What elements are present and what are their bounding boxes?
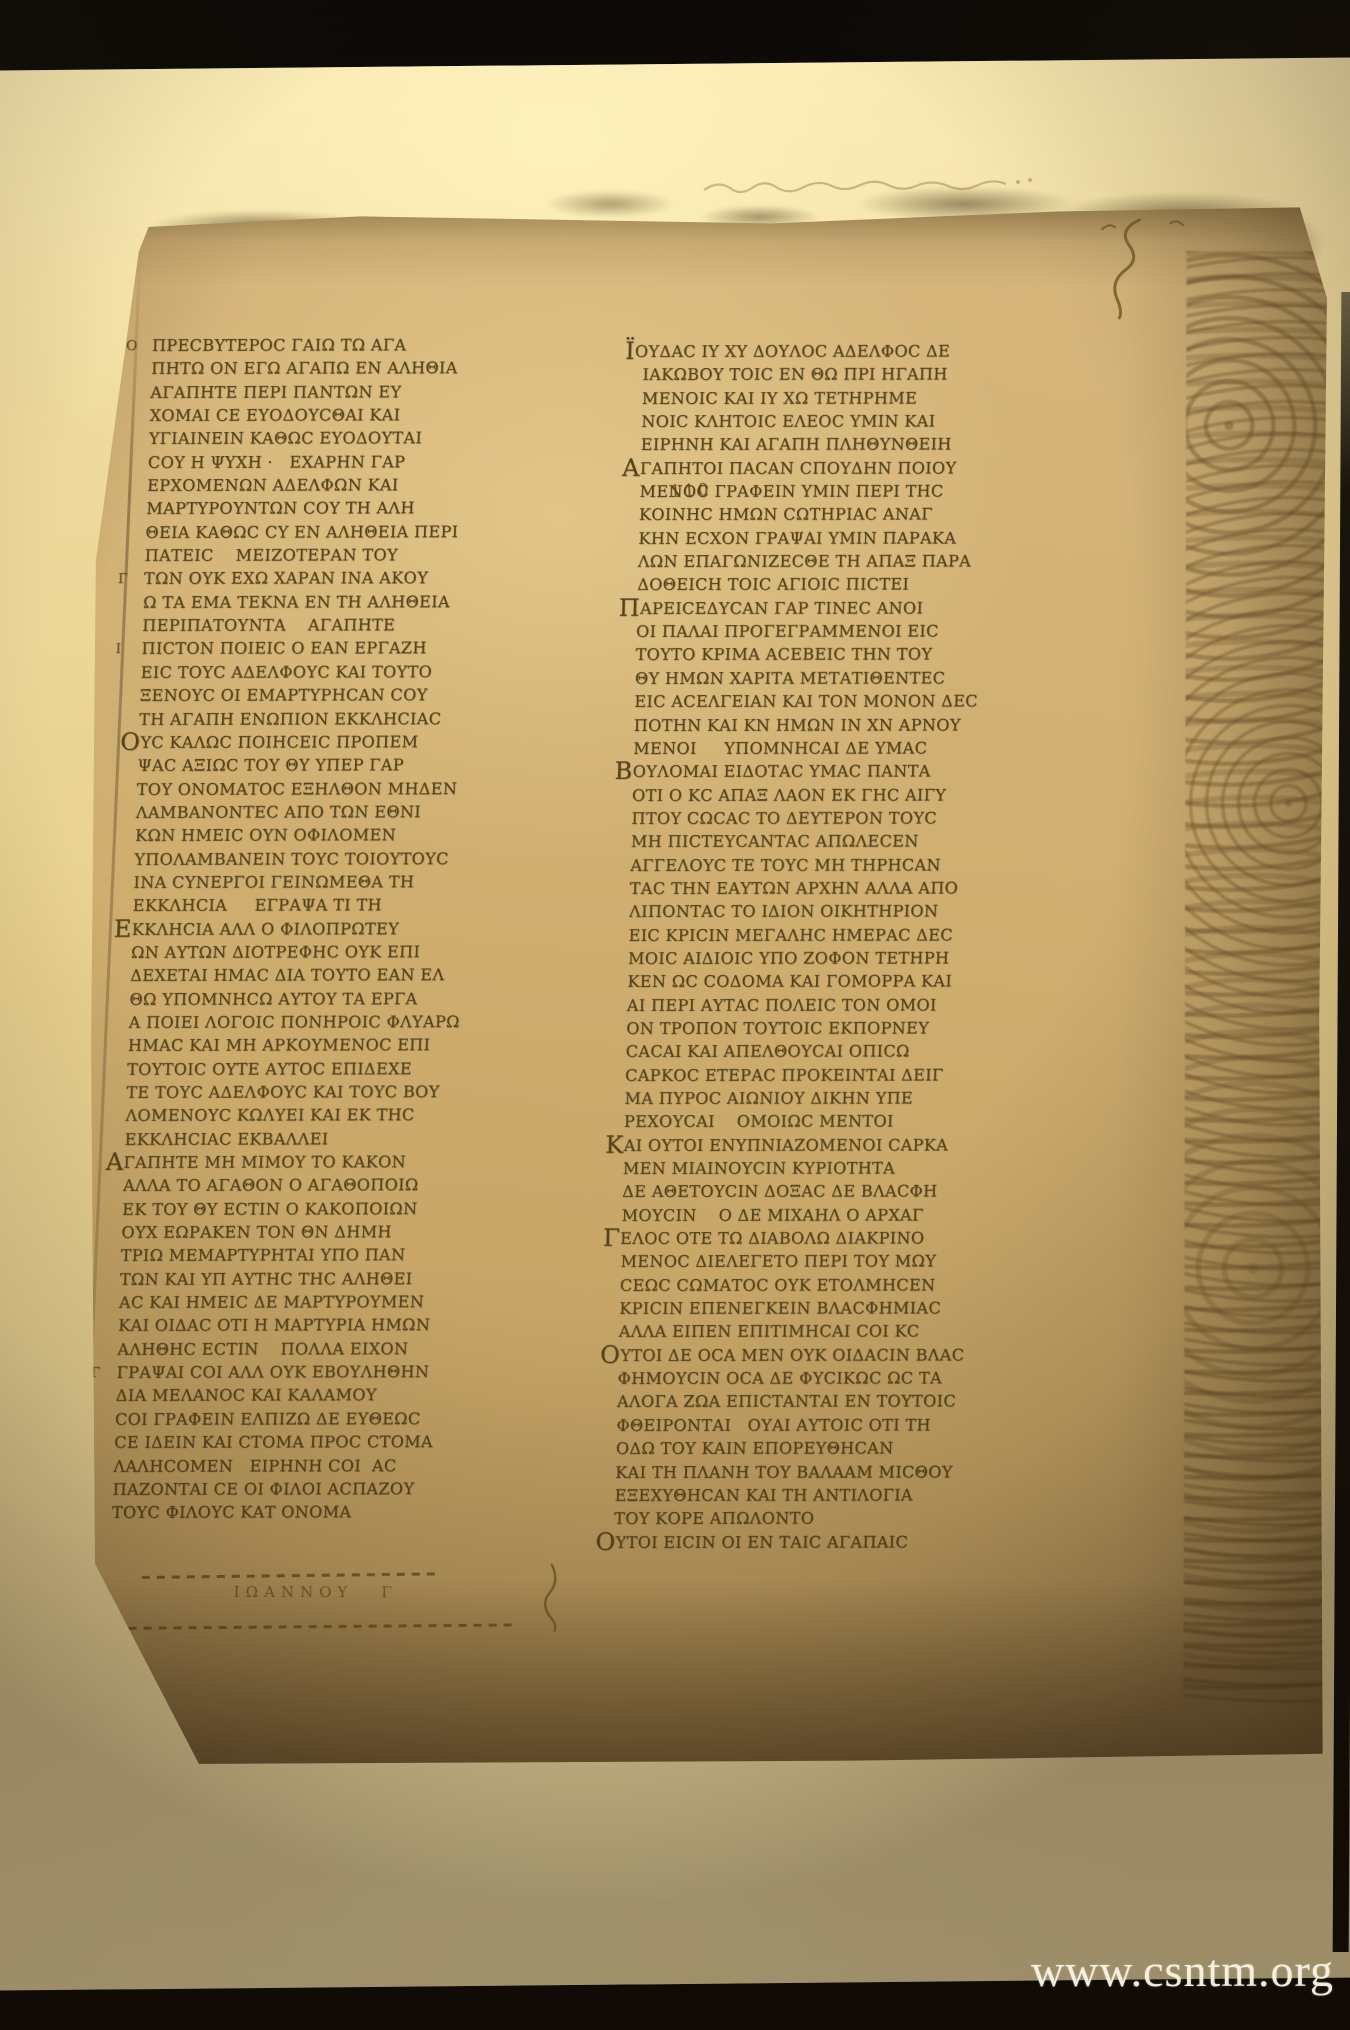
enlarged-initial: Ε <box>114 919 133 937</box>
manuscript-line: ΑΛΛΑ ΕΙΠΕΝ ΕΠΙΤΙΜΗCΑΙ CΟΙ ΚC <box>618 1320 1069 1344</box>
manuscript-line: ΤΟΥΤΟ ΚΡΙΜΑ ΑCΕΒΕΙC ΤΗΝ ΤΟΥ <box>635 643 1086 667</box>
manuscript-line: ΘΩ ΥΠΟΜΝΗCΩ ΑΥΤΟΥ ΤΑ ΕΡΓΑ <box>129 986 540 1010</box>
enlarged-initial: Κ <box>605 1136 624 1154</box>
manuscript-line: ΑΓΓΕΛΟΥC ΤΕ ΤΟΥC ΜΗ ΤΗΡΗCΑΝ <box>630 853 1081 877</box>
manuscript-line: ΠΑΡΕΙCΕΔΥCΑΝ ΓΑΡ ΤΙΝΕC ΑΝΟΙ <box>636 596 1087 620</box>
manuscript-line: ΔΟΘΕΙCΗ ΤΟΙC ΑΓΙΟΙC ΠΙCΤΕΙ <box>637 573 1088 597</box>
manuscript-line: ΑΓΑΠΗΤΕ ΠΕΡΙ ΠΑΝΤΩΝ ΕΥ <box>150 380 561 404</box>
manuscript-line: ΚΕΝ ΩC CΟΔΟΜΑ ΚΑΙ ΓΟΜΟΡΡΑ ΚΑΙ <box>627 969 1078 993</box>
manuscript-line: ΕΚ ΤΟΥ ΘΥ ΕCΤΙΝ Ο ΚΑΚΟΠΟΙΩΝ <box>122 1197 533 1221</box>
manuscript-line: ΑΛΟΓΑ ΖΩΑ ΕΠΙCΤΑΝΤΑΙ ΕΝ ΤΟΥΤΟΙC <box>617 1390 1068 1414</box>
manuscript-line: ΥΓΙΑΙΝΕΙΝ ΚΑΘΩC ΕΥΟΔΟΥΤΑΙ <box>148 426 559 450</box>
manuscript-line: ΙΠΙCΤΟΝ ΠΟΙΕΙC Ο ΕΑΝ ΕΡΓΑΖΗ <box>141 636 552 660</box>
manuscript-line: ΤΕ ΤΟΥC ΑΔΕΛΦΟΥC ΚΑΙ ΤΟΥC ΒΟΥ <box>126 1080 537 1104</box>
colophon-block: ΙΩΑΝΝΟΥΓ <box>114 1574 544 1629</box>
manuscript-line: ΤΡΙΩ ΜΕΜΑΡΤΥΡΗΤΑΙ ΥΠΟ ΠΑΝ <box>120 1243 531 1267</box>
colophon-title: ΙΩΑΝΝΟΥΓ <box>234 1583 544 1602</box>
manuscript-line: ΘΕΙΑ ΚΑΘΩC CΥ ΕΝ ΑΛΗΘΕΙΑ ΠΕΡΙ <box>145 520 556 544</box>
manuscript-leaf: 110 ΟΠΡΕCΒΥΤΕΡΟC ΓΑΙΩ ΤΩ ΑΓΑΠΗΤΩ ΟΝ ΕΓΩ … <box>83 202 1329 1767</box>
manuscript-line: ΜΕΝΟC ΔΙΕΛΕΓΕΤΟ ΠΕΡΙ ΤΟΥ ΜΩΥ <box>620 1250 1071 1274</box>
manuscript-line: ΠΟΤΗΝ ΚΑΙ ΚΝ ΗΜΩΝ ΙΝ ΧΝ ΑΡΝΟΥ <box>634 713 1085 737</box>
enlarged-initial: Α <box>622 459 640 477</box>
enlarged-initial: Π <box>618 599 640 617</box>
manuscript-line: ΕΚΚΛΗCΙΑC ΕΚΒΑΛΛΕΙ <box>124 1127 535 1151</box>
manuscript-line: ΠΤΟΥ CΩCΑC ΤΟ ΔΕΥΤΕΡΟΝ ΤΟΥC <box>631 806 1082 830</box>
manuscript-line: ΓΕΛΟC ΟΤΕ ΤΩ ΔΙΑΒΟΛΩ ΔΙΑΚΡΙΝΟ <box>621 1226 1072 1250</box>
manuscript-line: ΚΑΙ ΟΙΔΑC ΟΤΙ Η ΜΑΡΤΥΡΙΑ ΗΜΩΝ <box>118 1313 529 1337</box>
manuscript-line: ΤΗ ΑΓΑΠΗ ΕΝΩΠΙΟΝ ΕΚΚΛΗCΙΑC <box>139 706 550 730</box>
manuscript-line: ΓΓΡΑΨΑΙ CΟΙ ΑΛΛ ΟΥΚ ΕΒΟΥΛΗΘΗΝ <box>116 1360 527 1384</box>
head-flourish <box>1081 212 1201 322</box>
manuscript-line: ΚΩΝ ΗΜΕΙC ΟΥΝ ΟΦΙΛΟΜΕΝ <box>135 823 546 847</box>
manuscript-line: ΓΤΩΝ ΟΥΚ ΕΧΩ ΧΑΡΑΝ ΙΝΑ ΑΚΟΥ <box>144 566 555 590</box>
manuscript-line: CΑΡΚΟC ΕΤΕΡΑC ΠΡΟΚΕΙΝΤΑΙ ΔΕΙΓ <box>625 1063 1076 1087</box>
manuscript-line: ΟΥC ΚΑΛΩC ΠΟΙΗCΕΙC ΠΡΟΠΕΜ <box>138 730 549 754</box>
manuscript-line: ΟΔΩ ΤΟΥ ΚΑΙΝ ΕΠΟΡΕΥΘΗCΑΝ <box>616 1436 1067 1460</box>
colophon-end-flourish <box>542 1563 562 1633</box>
manuscript-line: ΜΕΝ ΜΙΑΙΝΟΥCΙΝ ΚΥΡΙΟΤΗΤΑ <box>623 1156 1074 1180</box>
manuscript-line: ΕΡΧΟΜΕΝΩΝ ΑΔΕΛΦΩΝ ΚΑΙ <box>147 473 558 497</box>
colophon-rule-top <box>142 1572 442 1579</box>
manuscript-line: CΕΩC CΩΜΑΤΟC ΟΥΚ ΕΤΟΛΜΗCΕΝ <box>620 1273 1071 1297</box>
margin-mark: Ο <box>126 335 138 358</box>
manuscript-line: ΝΟΙC ΚΛΗΤΟΙC ΕΛΕΟC ΥΜΙΝ ΚΑΙ <box>641 409 1092 433</box>
manuscript-line: ΜΕΝΟC ΓΡΑΦΕΙΝ ΥΜΙΝ ΠΕΡΙ ΤΗC <box>639 479 1090 503</box>
manuscript-line: CΑCΑΙ ΚΑΙ ΑΠΕΛΘΟΥCΑΙ ΟΠΙCΩ <box>625 1040 1076 1064</box>
manuscript-line: ΜΕΝΟΙ ΥΠΟΜΝΗCΑΙ ΔΕ ΥΜΑC <box>633 736 1084 760</box>
manuscript-line: ΛΑΜΒΑΝΟΝΤΕC ΑΠΟ ΤΩΝ ΕΘΝΙ <box>135 800 546 824</box>
manuscript-line: ΙΠΑΖΟΝΤΑΙ CΕ ΟΙ ΦΙΛΟΙ ΑCΠΑΖΟΥ <box>112 1477 523 1501</box>
manuscript-line: ΗΜΑC ΚΑΙ ΜΗ ΑΡΚΟΥΜΕΝΟC ΕΠΙ <box>127 1033 538 1057</box>
manuscript-line: ΚΡΙCΙΝ ΕΠΕΝΕΓΚΕΙΝ ΒΛΑCΦΗΜΙΑC <box>619 1296 1070 1320</box>
manuscript-line: Ω ΤΑ ΕΜΑ ΤΕΚΝΑ ΕΝ ΤΗ ΑΛΗΘΕΙΑ <box>143 590 554 614</box>
manuscript-line: ΦΘΕΙΡΟΝΤΑΙ ΟΥΑΙ ΑΥΤΟΙC ΟΤΙ ΤΗ <box>616 1413 1067 1437</box>
manuscript-line: ΠΕΡΙΠΑΤΟΥΝΤΑ ΑΓΑΠΗΤΕ <box>142 613 553 637</box>
manuscript-line: CΟΙ ΓΡΑΦΕΙΝ ΕΛΠΙΖΩ ΔΕ ΕΥΘΕΩC <box>115 1407 526 1431</box>
manuscript-line: ÏΟΥΔΑC ΙΥ ΧΥ ΔΟΥΛΟC ΑΔΕΛΦΟC ΔΕ <box>643 339 1094 363</box>
colophon-rule-bottom <box>114 1624 514 1630</box>
manuscript-line: ΚΟΙΝΗC ΗΜΩΝ CΩΤΗΡΙΑC ΑΝΑΓ <box>639 503 1090 527</box>
manuscript-line: ΑΓΑΠΗΤΟΙ ΠΑCΑΝ CΠΟΥΔΗΝ ΠΟΙΟΥ <box>640 456 1091 480</box>
manuscript-line: ΜΑ ΠΥΡΟC ΑΙΩΝΙΟΥ ΔΙΚΗΝ ΥΠΕ <box>624 1086 1075 1110</box>
manuscript-line: ΔΙΑ ΜΕΛΑΝΟC ΚΑΙ ΚΑΛΑΜΟΥ <box>115 1383 526 1407</box>
manuscript-line: ΩΝ ΑΥΤΩΝ ΔΙΟΤΡΕΦΗC ΟΥΚ ΕΠΙ <box>131 940 542 964</box>
csntm-watermark: www.csntm.org <box>1031 1944 1334 1997</box>
manuscript-line: ΜΟΙC ΑΙΔΙΟΙC ΥΠΟ ΖΟΦΟΝ ΤΕΤΗΡΗ <box>628 946 1079 970</box>
manuscript-line: ΟΥΧ ΕΩΡΑΚΕΝ ΤΟΝ ΘΝ ΔΗΜΗ <box>121 1220 532 1244</box>
manuscript-line: ΑC ΚΑΙ ΗΜΕΙC ΔΕ ΜΑΡΤΥΡΟΥΜΕΝ <box>119 1290 530 1314</box>
manuscript-line: ΒΟΥΛΟΜΑΙ ΕΙΔΟΤΑC ΥΜΑC ΠΑΝΤΑ <box>632 759 1083 783</box>
manuscript-line: ΔΕ ΑΘΕΤΟΥCΙΝ ΔΟΞΑC ΔΕ ΒΛΑCΦΗ <box>622 1180 1073 1204</box>
manuscript-line: ΑΛΗΘΗC ΕCΤΙΝ ΠΟΛΛΑ ΕΙΧΟΝ <box>117 1337 528 1361</box>
manuscript-line: ΑΙ ΠΕΡΙ ΑΥΤΑC ΠΟΛΕΙC ΤΟΝ ΟΜΟΙ <box>627 993 1078 1017</box>
manuscript-line: ΚΑΙ ΤΗ ΠΛΑΝΗ ΤΟΥ ΒΑΛΑΑΜ ΜΙCΘΟΥ <box>615 1460 1066 1484</box>
manuscript-line: ΘΥ ΗΜΩΝ ΧΑΡΙΤΑ ΜΕΤΑΤΙΘΕΝΤΕC <box>635 666 1086 690</box>
manuscript-line: ΜΟΥCΙΝ Ο ΔΕ ΜΙΧΑΗΛ Ο ΑΡΧΑΓ <box>621 1203 1072 1227</box>
manuscript-line: ΜΑΡΤΥΡΟΥΝΤΩΝ CΟΥ ΤΗ ΑΛΗ <box>146 496 557 520</box>
text-column-left: ΟΠΡΕCΒΥΤΕΡΟC ΓΑΙΩ ΤΩ ΑΓΑΠΗΤΩ ΟΝ ΕΓΩ ΑΓΑΠ… <box>111 333 562 1524</box>
manuscript-line: ΟΝ ΤΡΟΠΟΝ ΤΟΥΤΟΙC ΕΚΠΟΡΝΕΥ <box>626 1016 1077 1040</box>
manuscript-line: ΨΑC ΑΞΙΩC ΤΟΥ ΘΥ ΥΠΕΡ ΓΑΡ <box>137 753 548 777</box>
manuscript-line: ΠΗΤΩ ΟΝ ΕΓΩ ΑΓΑΠΩ ΕΝ ΑΛΗΘΙΑ <box>151 356 562 380</box>
manuscript-line: ΛΙΠΟΝΤΑC ΤΟ ΙΔΙΟΝ ΟΙΚΗΤΗΡΙΟΝ <box>629 899 1080 923</box>
manuscript-line: ΛΟΜΕΝΟΥC ΚΩΛΥΕΙ ΚΑΙ ΕΚ ΤΗC <box>125 1103 536 1127</box>
manuscript-line: ΕΚΚΛΗCΙΑ ΑΛΛ Ο ΦΙΛΟΠΡΩΤΕΥ <box>131 916 542 940</box>
manuscript-line: ΕΞΕΧΥΘΗCΑΝ ΚΑΙ ΤΗ ΑΝΤΙΛΟΓΙΑ <box>614 1483 1065 1507</box>
manuscript-line: ΑΛΛΑ ΤΟ ΑΓΑΘΟΝ Ο ΑΓΑΘΟΠΟΙΩ <box>123 1173 534 1197</box>
manuscript-line: ΤΟΥC ΦΙΛΟΥC ΚΑΤ ΟΝΟΜΑ <box>111 1500 522 1524</box>
enlarged-initial: Ο <box>600 1346 621 1364</box>
enlarged-initial: Γ <box>603 1229 621 1247</box>
manuscript-line: ΙΝΑ CΥΝΕΡΓΟΙ ΓΕΙΝΩΜΕΘΑ ΤΗ <box>133 870 544 894</box>
enlarged-initial: Α <box>106 1153 124 1171</box>
manuscript-line: ΛΑΛΗCΟΜΕΝ ΕΙΡΗΝΗ CΟΙ ΑC <box>113 1453 524 1477</box>
enlarged-initial: Ο <box>120 733 141 751</box>
enlarged-initial: Ï <box>625 342 635 360</box>
enlarged-initial: Ο <box>595 1532 616 1550</box>
manuscript-line: ΔΕΧΕΤΑΙ ΗΜΑC ΔΙΑ ΤΟΥΤΟ ΕΑΝ ΕΛ <box>130 963 541 987</box>
manuscript-line: ΕΙC ΑCΕΛΓΕΙΑΝ ΚΑΙ ΤΟΝ ΜΟΝΟΝ ΔΕC <box>634 689 1085 713</box>
manuscript-line: ΕΙC ΚΡΙCΙΝ ΜΕΓΑΛΗC ΗΜΕΡΑC ΔΕC <box>628 923 1079 947</box>
manuscript-line: ΤΟΥΤΟΙC ΟΥΤΕ ΑΥΤΟC ΕΠΙΔΕΧΕ <box>127 1057 538 1081</box>
manuscript-line: ΜΕΝΟΙC ΚΑΙ ΙΥ ΧΩ ΤΕΤΗΡΗΜΕ <box>642 386 1093 410</box>
manuscript-line: ΟΥΤΟΙ ΕΙCΙΝ ΟΙ ΕΝ ΤΑΙC ΑΓΑΠΑΙC <box>613 1530 1064 1554</box>
manuscript-line: ΠΑΤΕΙC ΜΕΙΖΟΤΕΡΑΝ ΤΟΥ <box>144 543 555 567</box>
right-margin-staining <box>1184 251 1330 1704</box>
enlarged-initial: Β <box>614 762 632 780</box>
margin-mark: Ι <box>115 638 122 661</box>
manuscript-line: ΤΑC ΤΗΝ ΕΑΥΤΩΝ ΑΡΧΗΝ ΑΛΛΑ ΑΠΟ <box>629 876 1080 900</box>
manuscript-line: ΟΥΤΟΙ ΔΕ ΟCΑ ΜΕΝ ΟΥΚ ΟΙΔΑCΙΝ ΒΛΑC <box>618 1343 1069 1367</box>
manuscript-line: ΟΠΡΕCΒΥΤΕΡΟC ΓΑΙΩ ΤΩ ΑΓΑ <box>152 333 563 357</box>
manuscript-line: ΑΓΑΠΗΤΕ ΜΗ ΜΙΜΟΥ ΤΟ ΚΑΚΟΝ <box>123 1150 534 1174</box>
colophon-book: ΙΩΑΝΝΟΥ <box>234 1583 354 1601</box>
text-column-right: ÏΟΥΔΑC ΙΥ ΧΥ ΔΟΥΛΟC ΑΔΕΛΦΟC ΔΕΙΑΚΩΒΟΥ ΤΟ… <box>613 339 1093 1553</box>
manuscript-line: Α ΠΟΙΕΙ ΛΟΓΟΙC ΠΟΝΗΡΟΙC ΦΛΥΑΡΩ <box>128 1010 539 1034</box>
manuscript-line: ΚΑΙ ΟΥΤΟΙ ΕΝΥΠΝΙΑΖΟΜΕΝΟΙ CΑΡΚΑ <box>623 1133 1074 1157</box>
manuscript-line: ΕΚΚΛΗCΙΑ ΕΓΡΑΨΑ ΤΙ ΤΗ <box>132 893 543 917</box>
manuscript-line: ΜΗ ΠΙCΤΕΥCΑΝΤΑC ΑΠΩΛΕCΕΝ <box>631 829 1082 853</box>
manuscript-line: ΤΟΥ ΚΟΡΕ ΑΠΩΛΟΝΤΟ <box>614 1506 1065 1530</box>
manuscript-line: ΞΕΝΟΥC ΟΙ ΕΜΑΡΤΥΡΗCΑΝ CΟΥ <box>140 683 551 707</box>
manuscript-line: ΟΙ ΠΑΛΑΙ ΠΡΟΓΕΓΡΑΜΜΕΝΟΙ ΕΙC <box>636 619 1087 643</box>
manuscript-line: ΕΙC ΤΟΥC ΑΔΕΛΦΟΥC ΚΑΙ ΤΟΥΤΟ <box>140 660 551 684</box>
manuscript-line: ΤΟΥ ΟΝΟΜΑΤΟC ΕΞΗΛΘΟΝ ΜΗΔΕΝ <box>136 776 547 800</box>
margin-mark: Γ <box>117 568 128 591</box>
manuscript-line: ΕΙΡΗΝΗ ΚΑΙ ΑΓΑΠΗ ΠΛΗΘΥΝΘΕΙΗ <box>640 433 1091 457</box>
manuscript-line: ΚΗΝ ΕCΧΟΝ ΓΡΑΨΑΙ ΥΜΙΝ ΠΑΡΑΚΑ <box>638 526 1089 550</box>
manuscript-line: ΡΕΧΟΥCΑΙ ΟΜΟΙΩC ΜΕΝΤΟΙ <box>624 1110 1075 1134</box>
manuscript-line: ΥΠΟΛΑΜΒΑΝΕΙΝ ΤΟΥC ΤΟΙΟΥΤΟΥC <box>134 846 545 870</box>
manuscript-line: CΕ ΙΔΕΙΝ ΚΑΙ CΤΟΜΑ ΠΡΟC CΤΟΜΑ <box>114 1430 525 1454</box>
manuscript-line: CΟΥ Η ΨΥΧΗ · ΕΧΑΡΗΝ ΓΑΡ <box>148 450 559 474</box>
manuscript-line: ΛΩΝ ΕΠΑΓΩΝΙΖΕCΘΕ ΤΗ ΑΠΑΞ ΠΑΡΑ <box>638 549 1089 573</box>
colophon-numeral: Γ <box>381 1583 397 1601</box>
manuscript-line: ΧΟΜΑΙ CΕ ΕΥΟΔΟΥCΘΑΙ ΚΑΙ <box>149 403 560 427</box>
manuscript-line: ΦΗΜΟΥCΙΝ ΟCΑ ΔΕ ΦΥCΙΚΩC ΩC ΤΑ <box>617 1366 1068 1390</box>
manuscript-line: ΟΤΙ Ο ΚC ΑΠΑΞ ΛΑΟΝ ΕΚ ΓΗC ΑΙΓΥ <box>632 783 1083 807</box>
manuscript-line: ΤΩΝ ΚΑΙ ΥΠ ΑΥΤΗC ΤΗC ΑΛΗΘΕΙ <box>119 1267 530 1291</box>
manuscript-line: ΙΑΚΩΒΟΥ ΤΟΙC ΕΝ ΘΩ ΠΡΙ ΗΓΑΠΗ <box>642 363 1093 387</box>
manuscript-photo: 110 ΟΠΡΕCΒΥΤΕΡΟC ΓΑΙΩ ΤΩ ΑΓΑΠΗΤΩ ΟΝ ΕΓΩ … <box>0 0 1350 2030</box>
